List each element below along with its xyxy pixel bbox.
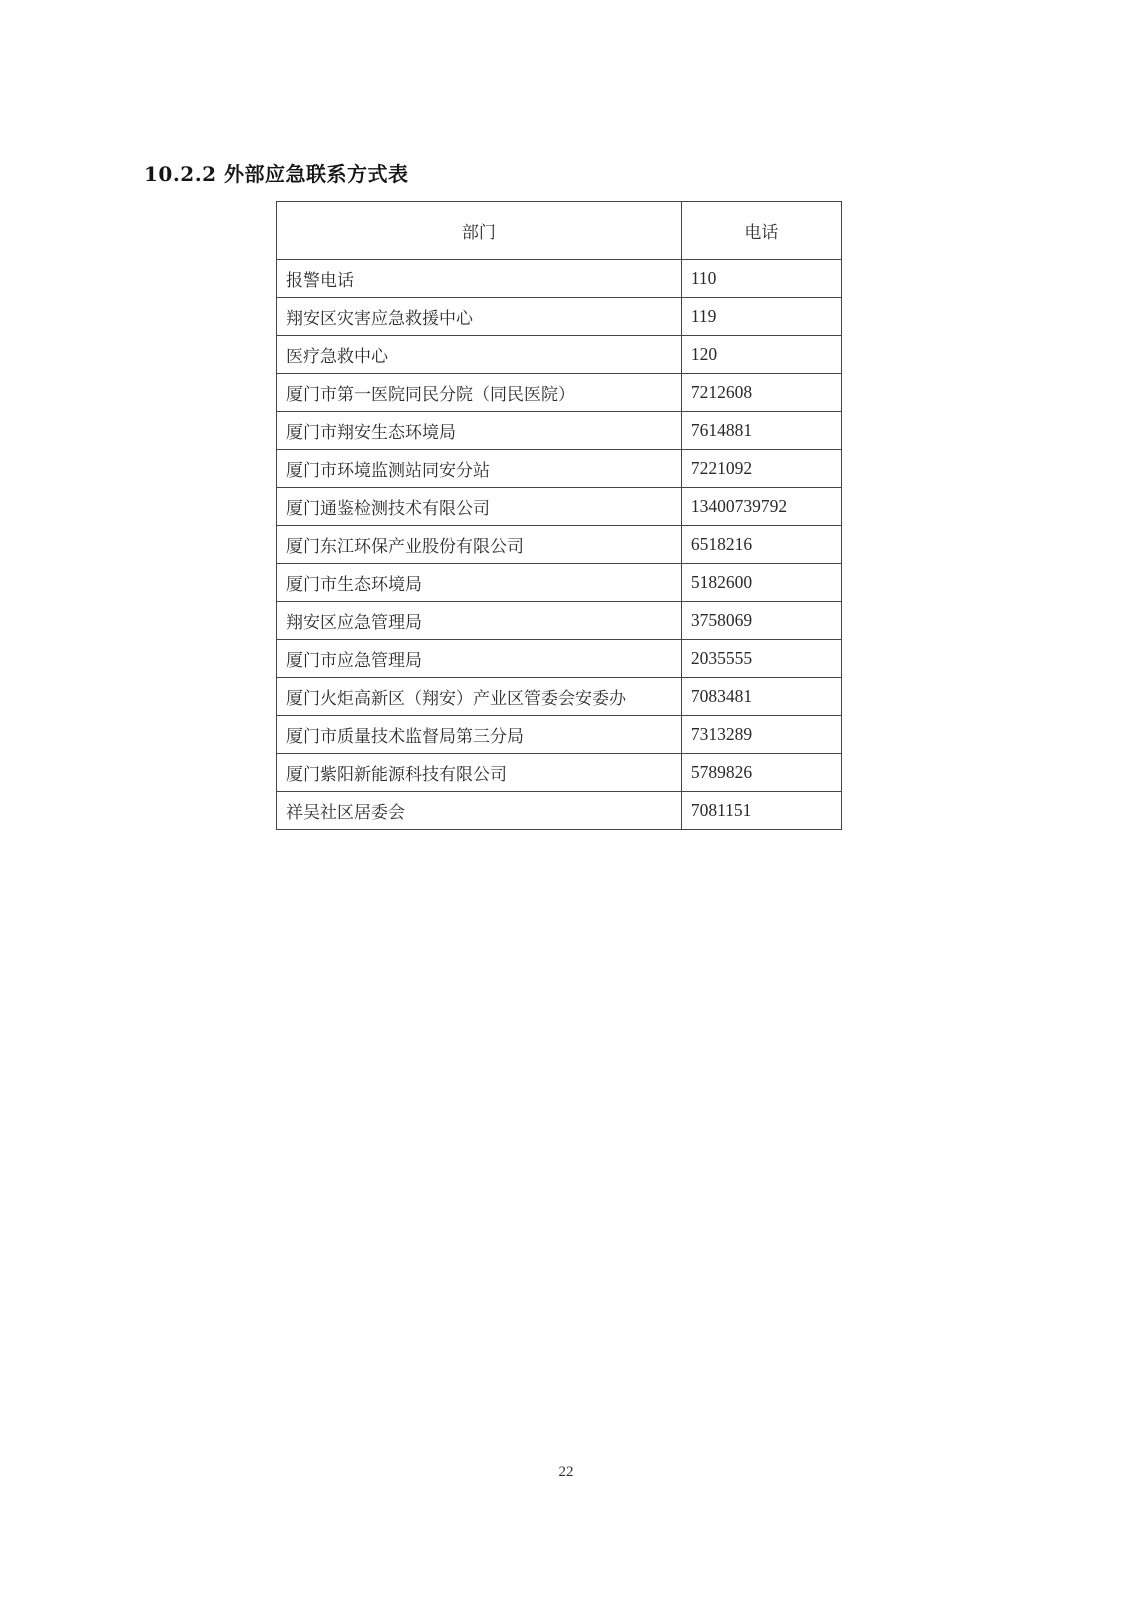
department-cell: 报警电话 xyxy=(277,260,682,298)
phone-cell: 7212608 xyxy=(681,374,841,412)
department-cell: 厦门东江环保产业股份有限公司 xyxy=(277,526,682,564)
table-row: 厦门东江环保产业股份有限公司 6518216 xyxy=(277,526,842,564)
table-row: 翔安区灾害应急救援中心 119 xyxy=(277,298,842,336)
phone-cell: 2035555 xyxy=(681,640,841,678)
table-row: 祥吴社区居委会 7081151 xyxy=(277,792,842,830)
header-phone: 电话 xyxy=(681,202,841,260)
table-row: 医疗急救中心 120 xyxy=(277,336,842,374)
table-row: 厦门市应急管理局 2035555 xyxy=(277,640,842,678)
department-cell: 厦门市生态环境局 xyxy=(277,564,682,602)
department-cell: 厦门市第一医院同民分院（同民医院） xyxy=(277,374,682,412)
department-cell: 厦门市翔安生态环境局 xyxy=(277,412,682,450)
phone-cell: 7083481 xyxy=(681,678,841,716)
section-title: 10.2.2 外部应急联系方式表 xyxy=(144,158,409,187)
department-cell: 厦门通鉴检测技术有限公司 xyxy=(277,488,682,526)
department-cell: 翔安区应急管理局 xyxy=(277,602,682,640)
department-cell: 厦门市环境监测站同安分站 xyxy=(277,450,682,488)
table-row: 厦门市生态环境局 5182600 xyxy=(277,564,842,602)
phone-cell: 13400739792 xyxy=(681,488,841,526)
department-cell: 厦门火炬高新区（翔安）产业区管委会安委办 xyxy=(277,678,682,716)
phone-cell: 110 xyxy=(681,260,841,298)
header-department: 部门 xyxy=(277,202,682,260)
page-number: 22 xyxy=(0,1464,1132,1481)
phone-cell: 5182600 xyxy=(681,564,841,602)
table-row: 厦门市翔安生态环境局 7614881 xyxy=(277,412,842,450)
table-row: 厦门市第一医院同民分院（同民医院） 7212608 xyxy=(277,374,842,412)
table-row: 厦门市质量技术监督局第三分局 7313289 xyxy=(277,716,842,754)
table-header-row: 部门 电话 xyxy=(277,202,842,260)
phone-cell: 5789826 xyxy=(681,754,841,792)
table-row: 厦门通鉴检测技术有限公司 13400739792 xyxy=(277,488,842,526)
phone-cell: 6518216 xyxy=(681,526,841,564)
department-cell: 厦门市质量技术监督局第三分局 xyxy=(277,716,682,754)
department-cell: 翔安区灾害应急救援中心 xyxy=(277,298,682,336)
table-row: 厦门市环境监测站同安分站 7221092 xyxy=(277,450,842,488)
table-row: 翔安区应急管理局 3758069 xyxy=(277,602,842,640)
phone-cell: 119 xyxy=(681,298,841,336)
phone-cell: 7614881 xyxy=(681,412,841,450)
department-cell: 祥吴社区居委会 xyxy=(277,792,682,830)
phone-cell: 7313289 xyxy=(681,716,841,754)
table-row: 报警电话 110 xyxy=(277,260,842,298)
table-row: 厦门火炬高新区（翔安）产业区管委会安委办 7083481 xyxy=(277,678,842,716)
phone-cell: 7081151 xyxy=(681,792,841,830)
emergency-contact-table: 部门 电话 报警电话 110 翔安区灾害应急救援中心 119 医疗急救中心 12… xyxy=(276,201,842,830)
phone-cell: 3758069 xyxy=(681,602,841,640)
phone-cell: 7221092 xyxy=(681,450,841,488)
phone-cell: 120 xyxy=(681,336,841,374)
table-row: 厦门紫阳新能源科技有限公司 5789826 xyxy=(277,754,842,792)
department-cell: 厦门紫阳新能源科技有限公司 xyxy=(277,754,682,792)
department-cell: 医疗急救中心 xyxy=(277,336,682,374)
department-cell: 厦门市应急管理局 xyxy=(277,640,682,678)
